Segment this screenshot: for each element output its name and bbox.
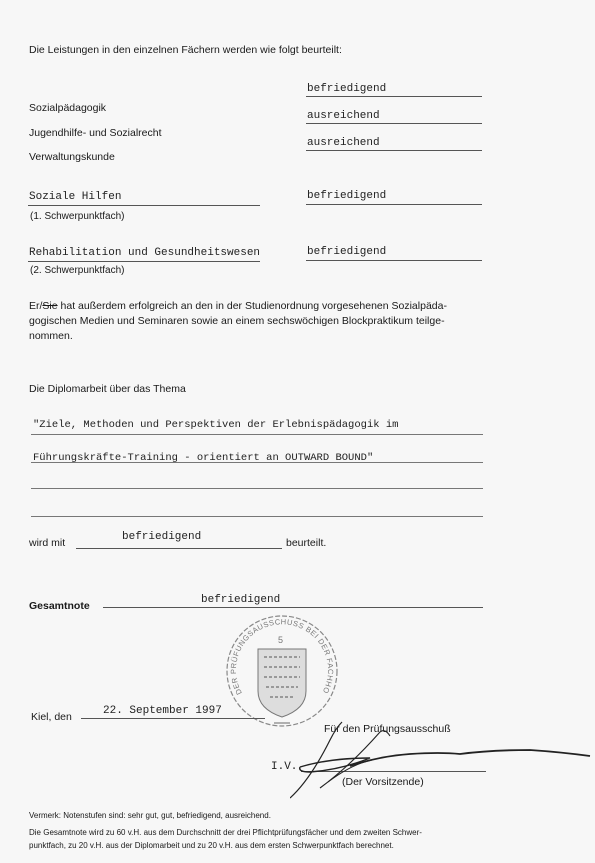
date-line bbox=[81, 718, 265, 719]
overall-grade-line bbox=[103, 607, 483, 608]
subject-grade: ausreichend bbox=[307, 110, 380, 122]
subject-grade: ausreichend bbox=[307, 137, 380, 149]
thesis-grade: befriedigend bbox=[122, 531, 201, 543]
calc-note-line-2: punktfach, zu 20 v.H. aus der Diplomarbe… bbox=[29, 839, 394, 852]
focus-subject-grade: befriedigend bbox=[307, 246, 386, 258]
grade-line bbox=[306, 204, 482, 205]
subject-line bbox=[28, 261, 260, 262]
subject-grade: befriedigend bbox=[307, 83, 386, 95]
thesis-grade-prefix: wird mit bbox=[29, 537, 65, 549]
participation-paragraph: Er/Sie hat außerdem erfolgreich an den i… bbox=[29, 299, 499, 344]
official-seal-icon: DER PRÜFUNGSAUSSCHUSS BEI DER FACHHOCHSC… bbox=[222, 613, 342, 735]
overall-label: Gesamtnote bbox=[29, 600, 90, 612]
grade-line bbox=[306, 123, 482, 124]
handwritten-signature-icon bbox=[290, 720, 595, 805]
place-prefix: Kiel, den bbox=[31, 711, 72, 723]
thesis-line bbox=[31, 434, 483, 435]
intro-text: Die Leistungen in den einzelnen Fächern … bbox=[29, 44, 342, 56]
thesis-line bbox=[31, 516, 483, 517]
focus-subject-name: Soziale Hilfen bbox=[29, 191, 121, 203]
remark: Vermerk: Notenstufen sind: sehr gut, gut… bbox=[29, 809, 271, 822]
grade-line bbox=[306, 96, 482, 97]
thesis-grade-line bbox=[76, 548, 282, 549]
date: 22. September 1997 bbox=[103, 705, 222, 717]
subject-line bbox=[28, 205, 260, 206]
struck-pronoun: Sie bbox=[42, 300, 57, 312]
thesis-grade-suffix: beurteilt. bbox=[286, 537, 326, 549]
thesis-title-line-1: "Ziele, Methoden und Perspektiven der Er… bbox=[33, 419, 398, 431]
subject-name: Verwaltungskunde bbox=[29, 151, 115, 163]
grade-line bbox=[306, 260, 482, 261]
focus-subject-note: (1. Schwerpunktfach) bbox=[30, 211, 125, 222]
focus-subject-note: (2. Schwerpunktfach) bbox=[30, 265, 125, 276]
subject-name: Jugendhilfe- und Sozialrecht bbox=[29, 127, 162, 139]
focus-subject-grade: befriedigend bbox=[307, 190, 386, 202]
thesis-line bbox=[31, 488, 483, 489]
grade-line bbox=[306, 150, 482, 151]
remark-label: Vermerk: bbox=[29, 811, 61, 820]
subject-name: Sozialpädagogik bbox=[29, 102, 106, 114]
calc-note-line-1: Die Gesamtnote wird zu 60 v.H. aus dem D… bbox=[29, 826, 422, 839]
participation-prefix: Er/ bbox=[29, 300, 42, 312]
overall-grade: befriedigend bbox=[201, 594, 280, 606]
focus-subject-name: Rehabilitation und Gesundheitswesen bbox=[29, 247, 260, 259]
stamp-number: 5 bbox=[278, 635, 283, 645]
thesis-line bbox=[31, 462, 483, 463]
thesis-label: Die Diplomarbeit über das Thema bbox=[29, 383, 186, 395]
